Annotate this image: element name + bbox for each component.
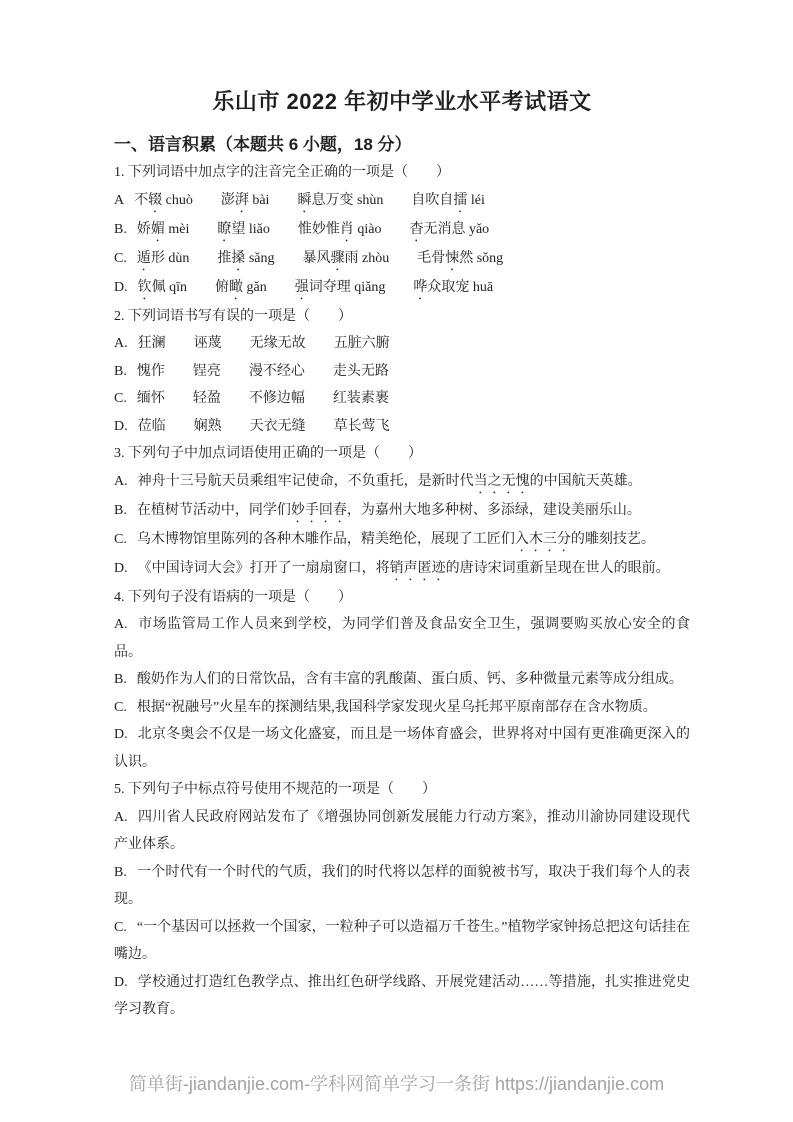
question-5-option-C: C.“一个基因可以拯救一个国家，一粒种子可以造福万千苍生。”植物学家钟扬总把这句… (114, 914, 690, 969)
option-label: C. (114, 391, 127, 406)
emphasized-text: 妙手回春 (291, 503, 347, 518)
option-text: 愧作 锃亮 漫不经心 走头无路 (137, 364, 389, 379)
emphasized-text: 强 (295, 280, 309, 295)
option-text: 不 (134, 193, 148, 208)
emphasized-text: 悚 (445, 251, 459, 266)
option-label: C. (114, 532, 127, 547)
option-text: 无消息 yǎo (423, 222, 489, 237)
option-label: A. (114, 617, 128, 632)
emphasized-text: 遁 (137, 251, 151, 266)
emphasized-text: 瞰 (229, 280, 243, 295)
question-4-stem: 4. 下列句子没有语病的一项是（ ） (114, 584, 690, 612)
option-text: 雨 zhòu 毛骨 (345, 251, 446, 266)
option-text: 的雕刻技艺。 (571, 532, 655, 547)
option-label: B. (114, 865, 127, 880)
question-5-option-D: D.学校通过打造红色教学点、推出红色研学线路、开展党建活动……等措施，扎实推进党… (114, 969, 690, 1024)
emphasized-text: 辍 (148, 193, 162, 208)
option-label: B. (114, 672, 127, 687)
question-2: 2. 下列词语书写有误的一项是（ ）A.狂澜 诬蔑 无缘无故 五脏六腑B.愧作 … (114, 303, 690, 441)
option-label: C. (114, 920, 127, 935)
question-3: 3. 下列句子中加点词语使用正确的一项是（ ）A.神舟十三号航天员乘组牢记使命，… (114, 440, 690, 584)
question-2-option-D: D.莅临 娴熟 天衣无缝 草长莺飞 (114, 413, 690, 441)
question-4: 4. 下列句子没有语病的一项是（ ）A.市场监管局工作人员来到学校，为同学们普及… (114, 584, 690, 777)
option-text: 神舟十三号航天员乘组牢记使命，不负重托，是新时代 (138, 474, 474, 489)
emphasized-text: 肖 (340, 222, 354, 237)
emphasized-text: 湃 (235, 193, 249, 208)
option-label: B. (114, 364, 127, 379)
question-4-option-A: A.市场监管局工作人员来到学校，为同学们普及食品安全卫生，强调要购买放心安全的食… (114, 611, 690, 666)
option-label: C. (114, 700, 127, 715)
emphasized-text: 搡 (231, 251, 245, 266)
question-2-option-A: A.狂澜 诬蔑 无缘无故 五脏六腑 (114, 330, 690, 358)
option-label: D. (114, 975, 128, 990)
option-label: A. (114, 474, 128, 489)
option-text: 息万变 shùn 自吹自 (311, 193, 453, 208)
question-3-option-A: A.神舟十三号航天员乘组牢记使命，不负重托，是新时代当之无愧的中国航天英雄。 (114, 468, 690, 497)
exam-paper-page: 乐山市 2022 年初中学业水平考试语文 一、语言积累（本题共 6 小题，18 … (0, 0, 793, 1122)
option-label: A (114, 193, 124, 208)
section-heading: 一、语言积累（本题共 6 小题，18 分） (114, 131, 690, 159)
option-label: A. (114, 336, 128, 351)
question-2-stem: 2. 下列词语书写有误的一项是（ ） (114, 303, 690, 331)
option-label: C. (114, 251, 127, 266)
question-2-option-B: B.愧作 锃亮 漫不经心 走头无路 (114, 358, 690, 386)
option-text: gǎn (243, 280, 295, 295)
option-label: D. (114, 280, 128, 295)
option-text: 娇 (137, 222, 151, 237)
option-text: 《中国诗词大会》打开了一扇扇窗口，将 (138, 561, 390, 576)
option-text: 一个时代有一个时代的气质，我们的时代将以怎样的面貌被书写，取决于我们每个人的表现… (114, 865, 690, 908)
option-text: 四川省人民政府网站发布了《增强协同创新发展能力行动方案》，推动川渝协同建设现代产… (114, 810, 690, 853)
option-text: chuò 澎 (162, 193, 235, 208)
option-text: 酸奶作为人们的日常饮品，含有丰富的乳酸菌、蛋白质、钙、多种微量元素等成分组成。 (137, 672, 683, 687)
option-text: 词夺理 qiǎng (309, 280, 414, 295)
emphasized-text: 瞭 (217, 222, 231, 237)
option-text: 在植树节活动中，同学们 (137, 503, 291, 518)
option-text: sǎng 暴风 (245, 251, 330, 266)
page-title: 乐山市 2022 年初中学业水平考试语文 (114, 86, 690, 118)
option-text: 众取宠 huā (427, 280, 493, 295)
question-1-option-A: A不辍 chuò 澎湃 bài 瞬息万变 shùn 自吹自擂 léi (114, 187, 690, 216)
emphasized-text: 当之无愧 (474, 474, 530, 489)
question-2-option-C: C.缅怀 轻盈 不修边幅 红装素裹 (114, 385, 690, 413)
option-text: qiào (354, 222, 410, 237)
emphasized-text: 瞬 (297, 193, 311, 208)
emphasized-text: 销声匿迹 (390, 561, 446, 576)
question-4-option-C: C.根据“祝融号”火星车的探测结果,我国科学家发现火星乌托邦平原南部存在含水物质… (114, 694, 690, 722)
questions: 1. 下列词语中加点字的注音完全正确的一项是（ ）A不辍 chuò 澎湃 bài… (114, 159, 690, 1024)
option-label: B. (114, 222, 127, 237)
question-1-option-D: D.钦佩 qīn 俯瞰 gǎn 强词夺理 qiǎng 哗众取宠 huā (114, 274, 690, 303)
option-text: 然 sǒng (459, 251, 503, 266)
footer-watermark: 简单街-jiandanjie.com-学科网简单学习一条街 https://ji… (0, 1072, 793, 1096)
question-5: 5. 下列句子中标点符号使用不规范的一项是（ ）A.四川省人民政府网站发布了《增… (114, 776, 690, 1024)
option-text: mèi (165, 222, 218, 237)
question-3-stem: 3. 下列句子中加点词语使用正确的一项是（ ） (114, 440, 690, 468)
emphasized-text: 杳 (409, 222, 423, 237)
question-3-option-B: B.在植树节活动中，同学们妙手回春，为嘉州大地多种树、多添绿，建设美丽乐山。 (114, 497, 690, 526)
question-1-stem: 1. 下列词语中加点字的注音完全正确的一项是（ ） (114, 159, 690, 187)
question-5-option-A: A.四川省人民政府网站发布了《增强协同创新发展能力行动方案》，推动川渝协同建设现… (114, 804, 690, 859)
option-text: léi (467, 193, 485, 208)
option-text: 莅临 娴熟 天衣无缝 草长莺飞 (138, 419, 390, 434)
question-3-option-D: D.《中国诗词大会》打开了一扇扇窗口，将销声匿迹的唐诗宋词重新呈现在世人的眼前。 (114, 555, 690, 584)
option-text: bài (249, 193, 298, 208)
option-text: 市场监管局工作人员来到学校，为同学们普及食品安全卫生，强调要购买放心安全的食品。 (114, 617, 690, 660)
question-4-option-D: D.北京冬奥会不仅是一场文化盛宴，而且是一场体育盛会，世界将对中国有更准确更深入… (114, 721, 690, 776)
option-text: 形 dùn 推 (151, 251, 232, 266)
option-label: D. (114, 419, 128, 434)
option-label: D. (114, 727, 128, 742)
question-1-option-C: C.遁形 dùn 推搡 sǎng 暴风骤雨 zhòu 毛骨悚然 sǒng (114, 245, 690, 274)
option-label: D. (114, 561, 128, 576)
question-1-option-B: B.娇媚 mèi 瞭望 liǎo 惟妙惟肖 qiào 杳无消息 yǎo (114, 216, 690, 245)
option-text: 佩 qīn 俯 (152, 280, 229, 295)
option-text: “一个基因可以拯救一个国家，一粒种子可以造福万千苍生。”植物学家钟扬总把这句话挂… (114, 920, 690, 963)
emphasized-text: 擂 (453, 193, 467, 208)
option-text: 学校通过打造红色教学点、推出红色研学线路、开展党建活动……等措施，扎实推进党史学… (114, 975, 690, 1018)
option-label: A. (114, 810, 128, 825)
option-text: 望 liǎo 惟妙惟 (231, 222, 340, 237)
question-5-option-B: B.一个时代有一个时代的气质，我们的时代将以怎样的面貌被书写，取决于我们每个人的… (114, 859, 690, 914)
option-text: 的中国航天英雄。 (530, 474, 642, 489)
option-text: 北京冬奥会不仅是一场文化盛宴，而且是一场体育盛会，世界将对中国有更准确更深入的认… (114, 727, 690, 770)
question-1: 1. 下列词语中加点字的注音完全正确的一项是（ ）A不辍 chuò 澎湃 bài… (114, 159, 690, 303)
question-5-stem: 5. 下列句子中标点符号使用不规范的一项是（ ） (114, 776, 690, 804)
emphasized-text: 钦 (138, 280, 152, 295)
option-text: 乌木博物馆里陈列的各种木雕作品，精美绝伦，展现了工匠们 (137, 532, 515, 547)
emphasized-text: 哗 (413, 280, 427, 295)
question-3-option-C: C.乌木博物馆里陈列的各种木雕作品，精美绝伦，展现了工匠们入木三分的雕刻技艺。 (114, 526, 690, 555)
option-label: B. (114, 503, 127, 518)
question-4-option-B: B.酸奶作为人们的日常饮品，含有丰富的乳酸菌、蛋白质、钙、多种微量元素等成分组成… (114, 666, 690, 694)
option-text: 狂澜 诬蔑 无缘无故 五脏六腑 (138, 336, 390, 351)
option-text: ，为嘉州大地多种树、多添绿，建设美丽乐山。 (347, 503, 641, 518)
option-text: 缅怀 轻盈 不修边幅 红装素裹 (137, 391, 389, 406)
option-text: 根据“祝融号”火星车的探测结果,我国科学家发现火星乌托邦平原南部存在含水物质。 (137, 700, 657, 715)
option-text: 的唐诗宋词重新呈现在世人的眼前。 (446, 561, 670, 576)
emphasized-text: 媚 (151, 222, 165, 237)
emphasized-text: 入木三分 (515, 532, 571, 547)
emphasized-text: 骤 (331, 251, 345, 266)
page-content: 乐山市 2022 年初中学业水平考试语文 一、语言积累（本题共 6 小题，18 … (0, 0, 793, 1024)
